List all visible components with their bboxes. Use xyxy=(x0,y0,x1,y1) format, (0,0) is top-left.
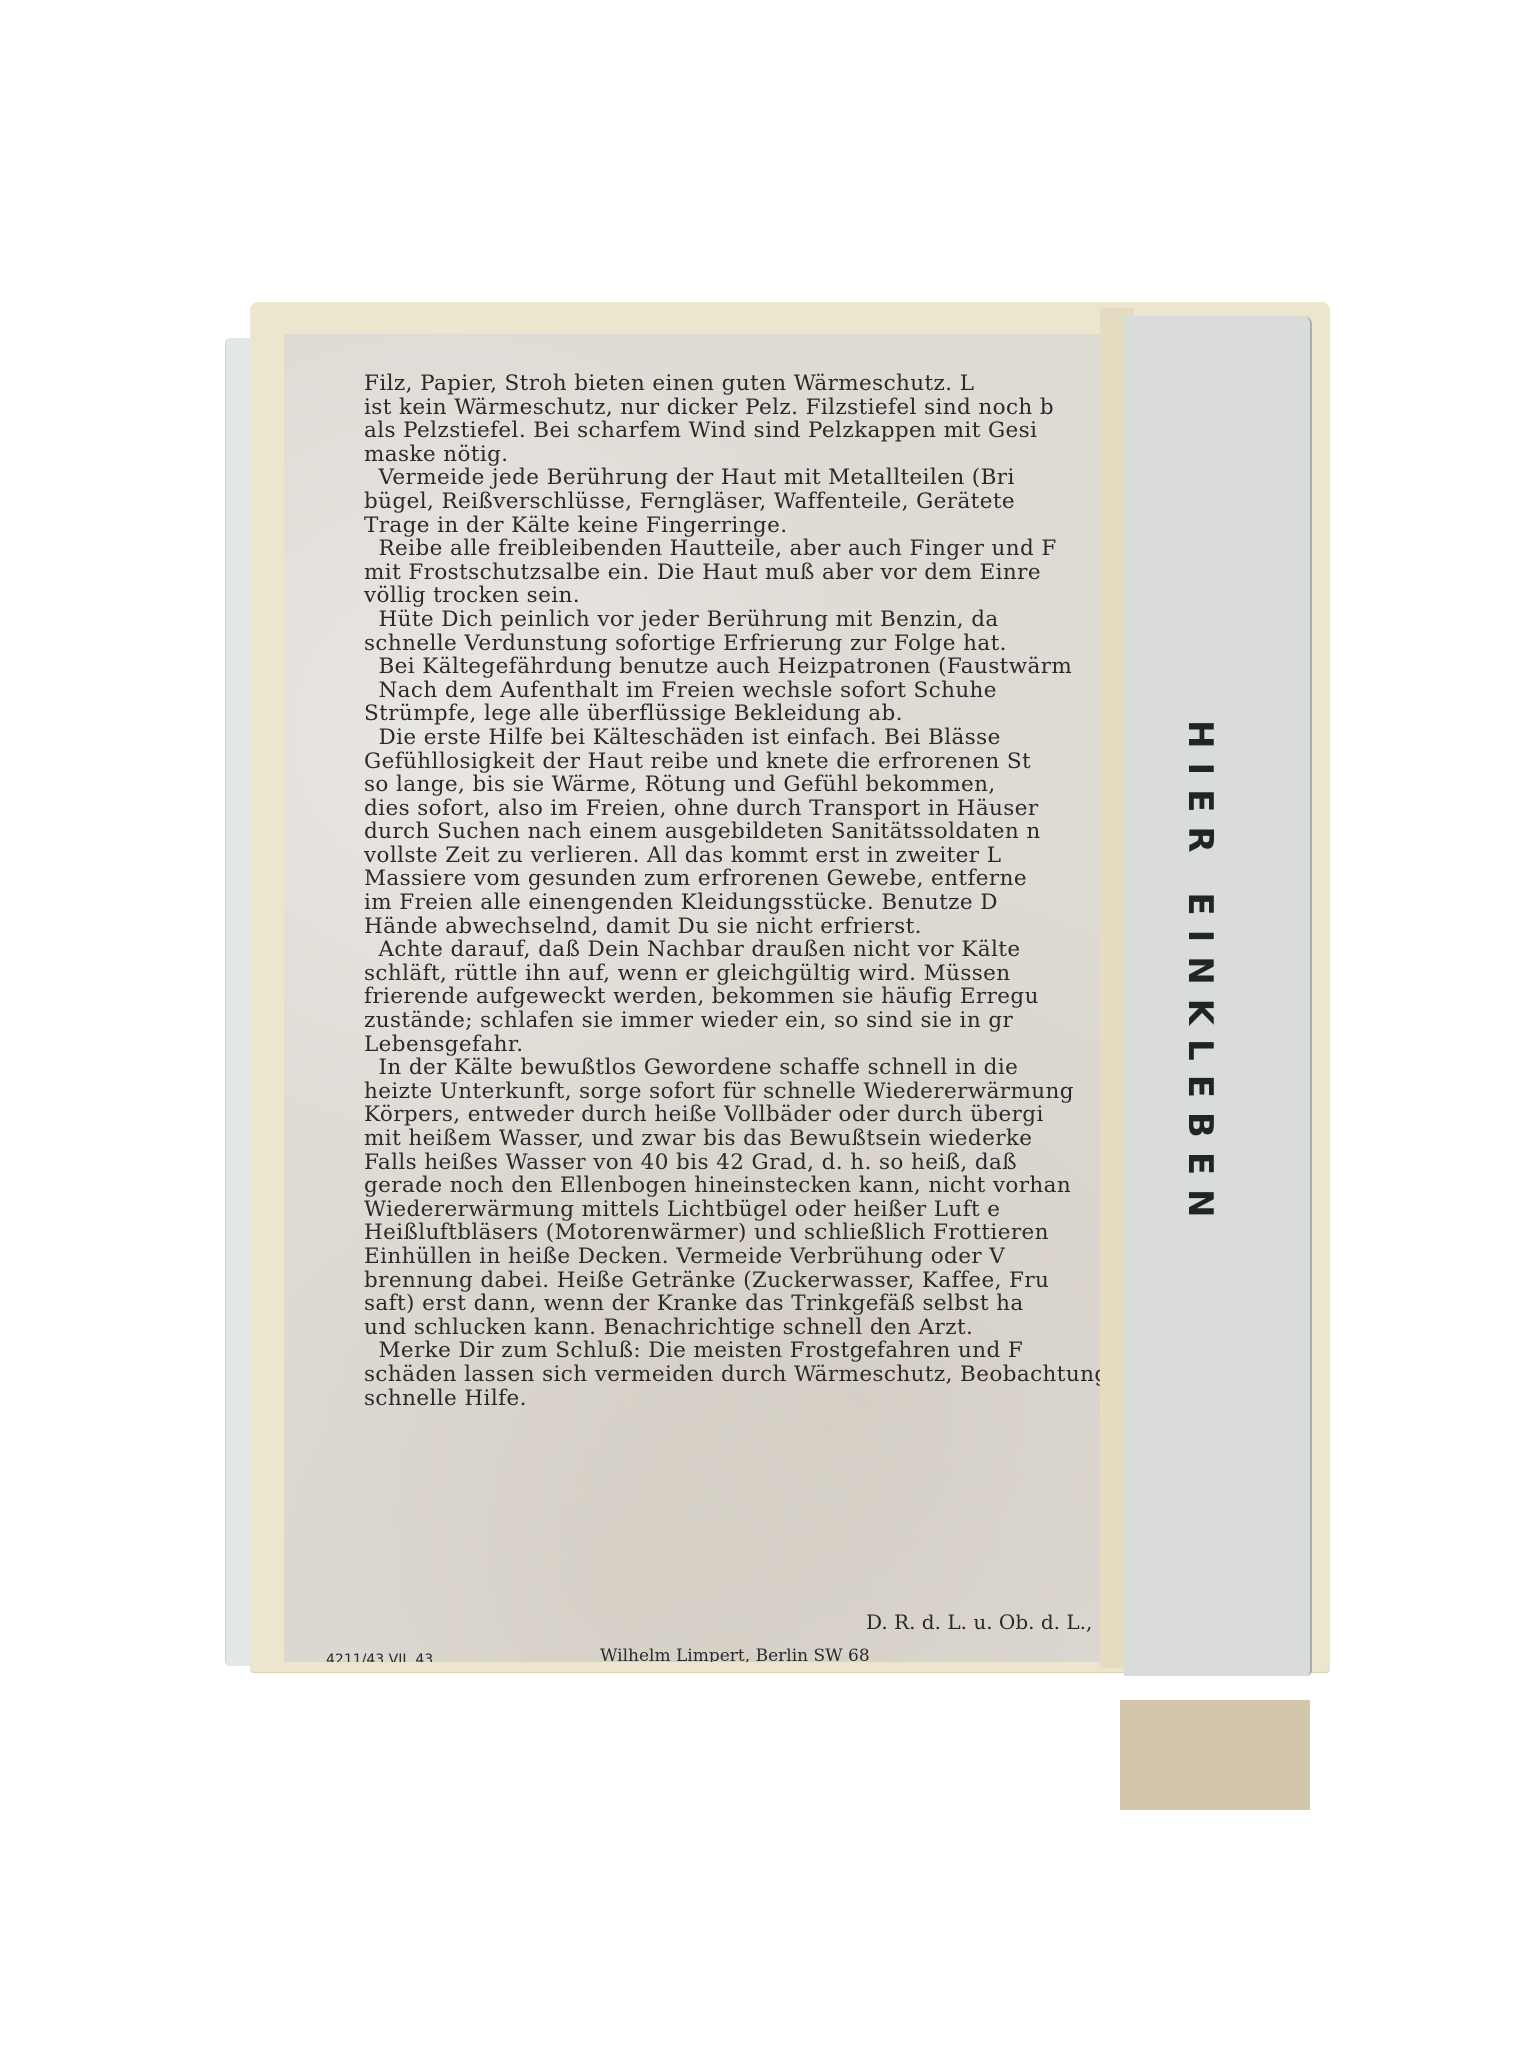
text-line: ist kein Wärmeschutz, nur dicker Pelz. F… xyxy=(364,396,1114,420)
text-line: Hüte Dich peinlich vor jeder Berührung m… xyxy=(364,608,1114,632)
text-line: saft) erst dann, wenn der Kranke das Tri… xyxy=(364,1292,1114,1316)
text-line: heizte Unterkunft, sorge sofort für schn… xyxy=(364,1080,1114,1104)
text-line: Bei Kältegefährdung benutze auch Heizpat… xyxy=(364,655,1114,679)
text-line: mit Frostschutzsalbe ein. Die Haut muß a… xyxy=(364,561,1114,585)
text-line: Die erste Hilfe bei Kälteschäden ist ein… xyxy=(364,726,1114,750)
signature-line-1: D. R. d. L. u. Ob. d. L., 6. 19 xyxy=(866,1607,1114,1637)
text-line: gerade noch den Ellenbogen hineinstecken… xyxy=(364,1174,1114,1198)
body-text: Filz, Papier, Stroh bieten einen guten W… xyxy=(364,372,1114,1410)
text-line: Reibe alle freibleibenden Hautteile, abe… xyxy=(364,537,1114,561)
text-line: schnelle Verdunstung sofortige Erfrierun… xyxy=(364,632,1114,656)
signature-block: D. R. d. L. u. Ob. d. L., 6. 19 Az. 49 a… xyxy=(866,1547,1114,1662)
text-line: schläft, rüttle ihn auf, wenn er gleichg… xyxy=(364,962,1114,986)
text-line: Wiedererwärmung mittels Lichtbügel oder … xyxy=(364,1198,1114,1222)
text-line: vollste Zeit zu verlieren. All das kommt… xyxy=(364,844,1114,868)
glue-strip-label: HIER EINKLEBEN xyxy=(1180,720,1220,1232)
text-line: Achte darauf, daß Dein Nachbar draußen n… xyxy=(364,938,1114,962)
text-line: Gefühllosigkeit der Haut reibe und knete… xyxy=(364,750,1114,774)
text-line: mit heißem Wasser, und zwar bis das Bewu… xyxy=(364,1127,1114,1151)
text-line: Filz, Papier, Stroh bieten einen guten W… xyxy=(364,372,1114,396)
document-page: Filz, Papier, Stroh bieten einen guten W… xyxy=(284,334,1114,1662)
text-line: Körpers, entweder durch heiße Vollbäder … xyxy=(364,1103,1114,1127)
text-line: Lebensgefahr. xyxy=(364,1033,1114,1057)
text-line: durch Suchen nach einem ausgebildeten Sa… xyxy=(364,820,1114,844)
text-line: Nach dem Aufenthalt im Freien wechsle so… xyxy=(364,679,1114,703)
text-line: brennung dabei. Heiße Getränke (Zuckerwa… xyxy=(364,1269,1114,1293)
text-line: Einhüllen in heiße Decken. Vermeide Verb… xyxy=(364,1245,1114,1269)
text-line: Hände abwechselnd, damit Du sie nicht er… xyxy=(364,915,1114,939)
text-line: Trage in der Kälte keine Fingerringe. xyxy=(364,514,1114,538)
text-line: Falls heißes Wasser von 40 bis 42 Grad, … xyxy=(364,1151,1114,1175)
text-line: zustände; schlafen sie immer wieder ein,… xyxy=(364,1009,1114,1033)
text-line: Vermeide jede Berührung der Haut mit Met… xyxy=(364,466,1114,490)
text-line: so lange, bis sie Wärme, Rötung und Gefü… xyxy=(364,773,1114,797)
text-line: schäden lassen sich vermeiden durch Wärm… xyxy=(364,1363,1114,1387)
text-line: schnelle Hilfe. xyxy=(364,1387,1114,1411)
text-line: Massiere vom gesunden zum erfrorenen Gew… xyxy=(364,867,1114,891)
text-line: als Pelzstiefel. Bei scharfem Wind sind … xyxy=(364,419,1114,443)
publisher-imprint: Wilhelm Limpert, Berlin SW 68 xyxy=(600,1646,870,1662)
text-line: frierende aufgeweckt werden, bekommen si… xyxy=(364,985,1114,1009)
text-line: Merke Dir zum Schluß: Die meisten Frostg… xyxy=(364,1339,1114,1363)
text-line: In der Kälte bewußtlos Gewordene schaffe… xyxy=(364,1056,1114,1080)
glue-strip-bottom xyxy=(1120,1700,1310,1810)
text-line: dies sofort, also im Freien, ohne durch … xyxy=(364,797,1114,821)
text-line: und schlucken kann. Benachrichtige schne… xyxy=(364,1316,1114,1340)
text-line: bügel, Reißverschlüsse, Ferngläser, Waff… xyxy=(364,490,1114,514)
text-line: Heißluftbläsers (Motorenwärmer) und schl… xyxy=(364,1221,1114,1245)
text-line: Strümpfe, lege alle überflüssige Bekleid… xyxy=(364,702,1114,726)
text-line: im Freien alle einengenden Kleidungsstüc… xyxy=(364,891,1114,915)
text-line: völlig trocken sein. xyxy=(364,584,1114,608)
text-line: maske nötig. xyxy=(364,443,1114,467)
print-code: 4211/43 VII. 43. xyxy=(326,1652,438,1662)
